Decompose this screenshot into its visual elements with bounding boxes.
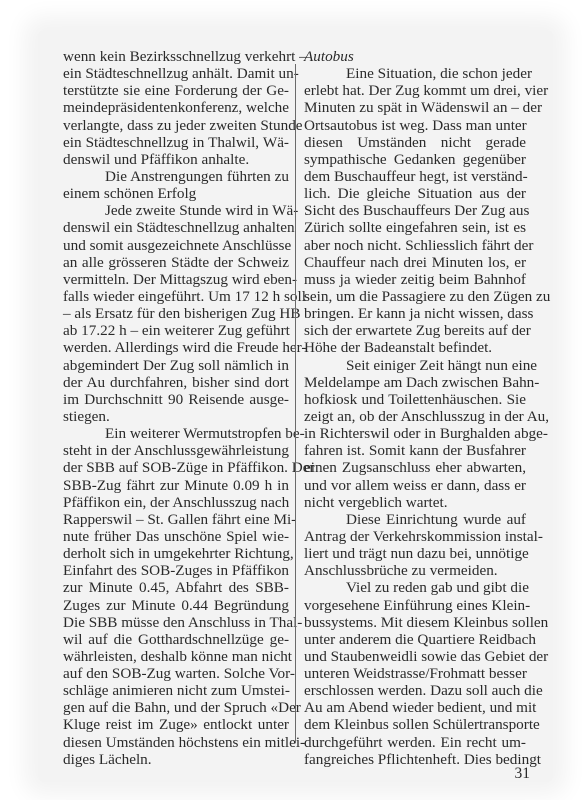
text-line: Kluge reist im Zuge» entlockt unter — [63, 716, 289, 733]
text-line: stiegen. — [63, 408, 289, 425]
text-line: liert und trägt nun dazu bei, unnötige — [304, 545, 526, 562]
text-line: denswil ein Städteschnellzug anhalten — [63, 219, 289, 236]
left-column: wenn kein Bezirksschnellzug verkehrt –ei… — [63, 48, 289, 768]
text-line: Anschlussbrüche zu vermeiden. — [304, 562, 526, 579]
text-line: diesen Umständen höchstens ein mitlei- — [63, 734, 289, 751]
text-line: und somit ausgezeichnete Anschlüsse — [63, 237, 289, 254]
text-line: Seit einiger Zeit hängt nun eine — [304, 357, 526, 374]
text-line: erschlossen werden. Dazu soll auch die — [304, 682, 526, 699]
text-line: Antrag der Verkehrskommission instal- — [304, 528, 526, 545]
page-number: 31 — [500, 765, 530, 783]
text-line: ein Städteschnellzug in Thalwil, Wä- — [63, 134, 289, 151]
text-line: Au am Abend wieder bedient, und mit — [304, 699, 526, 716]
text-line: ab 17.22 h – ein weiterer Zug geführt — [63, 322, 289, 339]
text-line: Rapperswil – St. Gallen fährt eine Mi- — [63, 511, 289, 528]
text-line: meindepräsidentenkonferenz, welche — [63, 99, 289, 116]
text-line: vorgesehene Einführung eines Klein- — [304, 597, 526, 614]
text-line: Chauffeur nach drei Minuten los, er — [304, 254, 526, 271]
text-line: unteren Weidstrasse/Frohmatt besser — [304, 665, 526, 682]
text-line: Einfahrt des SOB-Zuges in Pfäffikon — [63, 562, 289, 579]
text-line: abgemindert Der Zug soll nämlich in — [63, 357, 289, 374]
text-line: unter anderem die Quartiere Reidbach — [304, 631, 526, 648]
text-line: Die SBB müsse den Anschluss in Thal- — [63, 614, 289, 631]
text-line: SBB-Zug fährt zur Minute 0.09 h in — [63, 477, 289, 494]
text-line: der Au durchfahren, bisher sind dort — [63, 374, 289, 391]
text-line: Eine Situation, die schon jeder — [304, 65, 526, 82]
text-line: wil auf die Gotthardschnellzüge ge- — [63, 631, 289, 648]
text-line: aber noch nicht. Schliesslich fährt der — [304, 237, 526, 254]
text-line: denswil und Pfäffikon anhalte. — [63, 151, 289, 168]
text-line: Höhe der Badeanstalt befindet. — [304, 339, 526, 356]
text-line: falls wieder eingeführt. Um 17 12 h soll — [63, 288, 289, 305]
text-line: werden. Allerdings wird die Freude her- — [63, 339, 289, 356]
text-line: der SBB auf SOB-Züge in Pfäffikon. Der — [63, 459, 289, 476]
text-line: steht in der Anschlussgewährleistung — [63, 442, 289, 459]
right-column: Autobus Eine Situation, die schon jedere… — [304, 48, 526, 768]
text-line: nute früher Das unschöne Spiel wie- — [63, 528, 289, 545]
section-heading-autobus: Autobus — [304, 48, 526, 65]
text-line: Meldelampe am Dach zwischen Bahn- — [304, 374, 526, 391]
text-line: schläge animieren nicht zum Umstei- — [63, 682, 289, 699]
text-line: Zuges zur Minute 0.44 Begründung — [63, 597, 289, 614]
text-line: muss ja wieder zeitig beim Bahnhof — [304, 271, 526, 288]
text-line: an alle grösseren Städte der Schweiz — [63, 254, 289, 271]
text-line: bringen. Er kann ja nicht wissen, dass — [304, 305, 526, 322]
text-line: auf den SOB-Zug warten. Solche Vor- — [63, 665, 289, 682]
text-line: gen auf die Bahn, und der Spruch «Der — [63, 699, 289, 716]
text-line: zur Minute 0.45, Abfahrt des SBB- — [63, 579, 289, 596]
text-line: vermitteln. Der Mittagszug wird eben- — [63, 271, 289, 288]
text-line: verlangte, dass zu jeder zweiten Stunde — [63, 117, 289, 134]
text-line: bussystems. Mit diesem Kleinbus sollen — [304, 614, 526, 631]
text-line: dem Buschauffeur hegt, ist verständ- — [304, 168, 526, 185]
text-line: – als Ersatz für den bisherigen Zug HB — [63, 305, 289, 322]
text-line: zeigt an, ob der Anschlusszug in der Au, — [304, 408, 526, 425]
text-line: durchgeführt werden. Ein recht um- — [304, 734, 526, 751]
text-line: Viel zu reden gab und gibt die — [304, 579, 526, 596]
text-line: Jede zweite Stunde wird in Wä- — [63, 202, 289, 219]
text-line: Diese Einrichtung wurde auf — [304, 511, 526, 528]
text-line: und Staubenweidli sowie das Gebiet der — [304, 648, 526, 665]
text-line: sich der erwartete Zug bereits auf der — [304, 322, 526, 339]
text-line: im Durchschnitt 90 Reisende ausge- — [63, 391, 289, 408]
text-line: in Richterswil oder in Burghalden abge- — [304, 425, 526, 442]
text-line: ein Städteschnellzug anhält. Damit un- — [63, 65, 289, 82]
text-line: nicht vergeblich wartet. — [304, 494, 526, 511]
text-line: lich. Die gleiche Situation aus der — [304, 185, 526, 202]
text-line: dem Kleinbus sollen Schülertransporte — [304, 716, 526, 733]
text-line: sein, um die Passagiere zu den Zügen zu — [304, 288, 526, 305]
column-divider-rule — [295, 64, 296, 743]
text-line: diges Lächeln. — [63, 751, 289, 768]
text-line: derholt sich in umgekehrter Richtung, — [63, 545, 289, 562]
text-line: Die Anstrengungen führten zu — [63, 168, 289, 185]
text-line: fangreiches Pflichtenheft. Dies bedingt — [304, 751, 526, 768]
text-line: einen Zugsanschluss eher abwarten, — [304, 459, 526, 476]
right-column-body: Eine Situation, die schon jedererlebt ha… — [304, 65, 526, 768]
text-line: Sicht des Buschauffeurs Der Zug aus — [304, 202, 526, 219]
text-line: sympathische Gedanken gegenüber — [304, 151, 526, 168]
text-line: terstützte sie eine Forderung der Ge- — [63, 82, 289, 99]
text-line: Ortsautobus ist weg. Dass man unter — [304, 117, 526, 134]
text-line: und vor allem weiss er dann, dass er — [304, 477, 526, 494]
text-line: diesen Umständen nicht gerade — [304, 134, 526, 151]
text-line: erlebt hat. Der Zug kommt um drei, vier — [304, 82, 526, 99]
text-line: fahren ist. Somit kann der Busfahrer — [304, 442, 526, 459]
text-line: Ein weiterer Wermutstropfen be- — [63, 425, 289, 442]
text-line: einem schönen Erfolg — [63, 185, 289, 202]
text-line: währleisten, deshalb könne man nicht — [63, 648, 289, 665]
text-line: Zürich sollte eingefahren sein, ist es — [304, 219, 526, 236]
text-line: hofkiosk und Toilettenhäuschen. Sie — [304, 391, 526, 408]
text-line: Minuten zu spät in Wädenswil an – der — [304, 99, 526, 116]
text-line: Pfäffikon ein, der Anschlusszug nach — [63, 494, 289, 511]
text-line: wenn kein Bezirksschnellzug verkehrt – — [63, 48, 289, 65]
